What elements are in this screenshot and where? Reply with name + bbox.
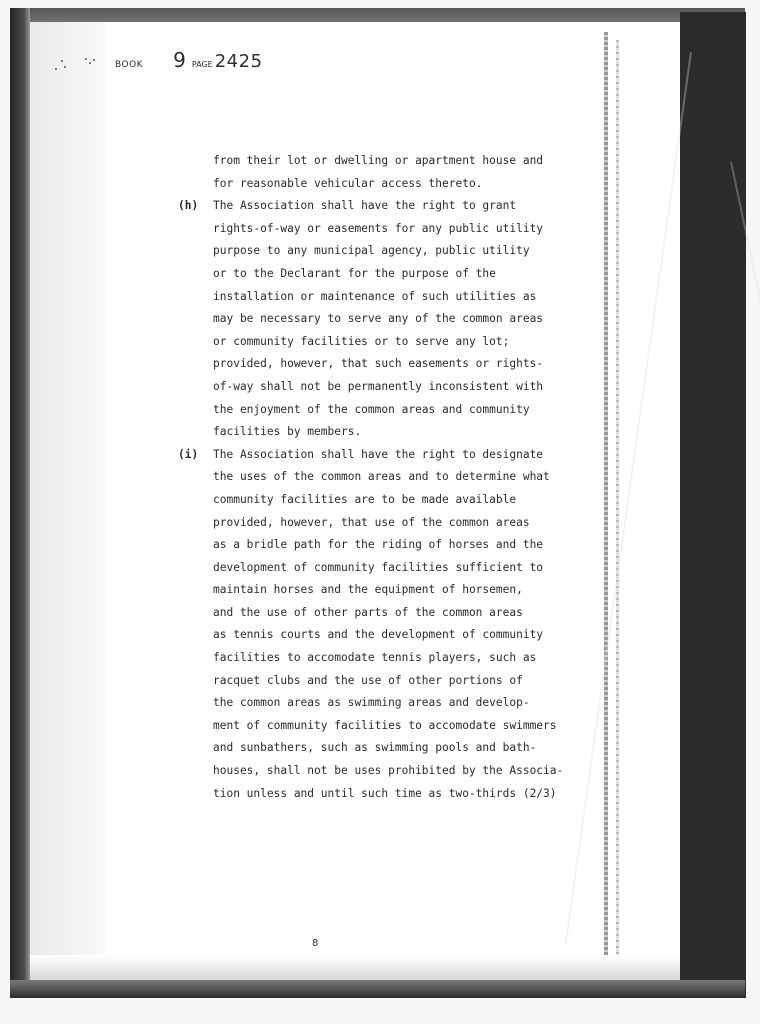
- line-text: houses, shall not be uses prohibited by …: [213, 764, 563, 777]
- line-text: of-way shall not be permanently inconsis…: [213, 380, 543, 393]
- section-marker: (h): [178, 195, 198, 218]
- text-line: community facilities are to be made avai…: [178, 489, 558, 512]
- text-line: ment of community facilities to accomoda…: [178, 715, 558, 738]
- text-line: of-way shall not be permanently inconsis…: [178, 376, 558, 399]
- scan-border-top: [10, 8, 745, 22]
- page-edge-line: [604, 32, 608, 980]
- line-text: ment of community facilities to accomoda…: [213, 719, 557, 732]
- speck: [93, 59, 95, 61]
- text-line: development of community facilities suff…: [178, 557, 558, 580]
- page-margin-shade: [30, 22, 105, 980]
- text-line: or community facilities or to serve any …: [178, 331, 558, 354]
- line-text: provided, however, that use of the commo…: [213, 516, 530, 529]
- text-line: may be necessary to serve any of the com…: [178, 308, 558, 331]
- line-text: rights-of-way or easements for any publi…: [213, 222, 543, 235]
- line-text: maintain horses and the equipment of hor…: [213, 583, 523, 596]
- line-text: for reasonable vehicular access thereto.: [213, 177, 482, 190]
- line-text: the enjoyment of the common areas and co…: [213, 403, 530, 416]
- line-text: installation or maintenance of such util…: [213, 290, 536, 303]
- text-line: for reasonable vehicular access thereto.: [178, 173, 558, 196]
- text-line: and sunbathers, such as swimming pools a…: [178, 737, 558, 760]
- scan-border-left: [10, 8, 30, 998]
- text-line: or to the Declarant for the purpose of t…: [178, 263, 558, 286]
- line-text: development of community facilities suff…: [213, 561, 543, 574]
- page-edge-line-secondary: [616, 40, 619, 980]
- text-line: facilities by members.: [178, 421, 558, 444]
- text-line: the common areas as swimming areas and d…: [178, 692, 558, 715]
- text-line: tion unless and until such time as two-t…: [178, 783, 558, 806]
- text-line: rights-of-way or easements for any publi…: [178, 218, 558, 241]
- line-text: community facilities are to be made avai…: [213, 493, 516, 506]
- text-line: provided, however, that such easements o…: [178, 353, 558, 376]
- text-line: maintain horses and the equipment of hor…: [178, 579, 558, 602]
- text-line: from their lot or dwelling or apartment …: [178, 150, 558, 173]
- line-text: facilities to accomodate tennis players,…: [213, 651, 536, 664]
- line-text: provided, however, that such easements o…: [213, 357, 543, 370]
- text-line: the enjoyment of the common areas and co…: [178, 399, 558, 422]
- text-line: facilities to accomodate tennis players,…: [178, 647, 558, 670]
- line-text: as a bridle path for the riding of horse…: [213, 538, 543, 551]
- book-page-stamp: BOOK 9 PAGE 2425: [115, 48, 263, 72]
- scanned-document: BOOK 9 PAGE 2425 from their lot or dwell…: [0, 0, 760, 1024]
- line-text: or to the Declarant for the purpose of t…: [213, 267, 496, 280]
- speck: [89, 62, 91, 64]
- speck: [61, 60, 63, 62]
- page-footer-number: 8: [312, 938, 318, 949]
- line-text: facilities by members.: [213, 425, 361, 438]
- line-text: and sunbathers, such as swimming pools a…: [213, 741, 536, 754]
- speck: [64, 66, 66, 68]
- section-marker: (i): [178, 444, 198, 467]
- scan-specks: [55, 58, 105, 78]
- line-text: The Association shall have the right to …: [213, 199, 516, 212]
- line-text: and the use of other parts of the common…: [213, 606, 523, 619]
- book-number: 9: [173, 48, 186, 72]
- line-text: from their lot or dwelling or apartment …: [213, 154, 543, 167]
- scanner-bed-strip: [680, 12, 746, 998]
- line-text: as tennis courts and the development of …: [213, 628, 543, 641]
- text-line: purpose to any municipal agency, public …: [178, 240, 558, 263]
- text-line: (i)The Association shall have the right …: [178, 444, 558, 467]
- text-line: as tennis courts and the development of …: [178, 624, 558, 647]
- line-text: racquet clubs and the use of other porti…: [213, 674, 523, 687]
- text-line: houses, shall not be uses prohibited by …: [178, 760, 558, 783]
- text-line: (h)The Association shall have the right …: [178, 195, 558, 218]
- line-text: may be necessary to serve any of the com…: [213, 312, 543, 325]
- text-line: provided, however, that use of the commo…: [178, 512, 558, 535]
- line-text: the common areas as swimming areas and d…: [213, 696, 530, 709]
- line-text: tion unless and until such time as two-t…: [213, 787, 557, 800]
- text-line: the uses of the common areas and to dete…: [178, 466, 558, 489]
- line-text: purpose to any municipal agency, public …: [213, 244, 530, 257]
- document-body: from their lot or dwelling or apartment …: [178, 150, 558, 805]
- page-number: 2425: [215, 51, 263, 72]
- text-line: racquet clubs and the use of other porti…: [178, 670, 558, 693]
- scan-border-bottom: [10, 980, 745, 998]
- speck: [85, 58, 87, 60]
- bottom-scan-smudge: [30, 955, 680, 980]
- text-line: as a bridle path for the riding of horse…: [178, 534, 558, 557]
- text-line: and the use of other parts of the common…: [178, 602, 558, 625]
- speck: [55, 68, 57, 70]
- book-label: BOOK: [115, 60, 143, 70]
- line-text: the uses of the common areas and to dete…: [213, 470, 550, 483]
- text-line: installation or maintenance of such util…: [178, 286, 558, 309]
- page-label: PAGE: [192, 60, 213, 69]
- line-text: or community facilities or to serve any …: [213, 335, 509, 348]
- line-text: The Association shall have the right to …: [213, 448, 543, 461]
